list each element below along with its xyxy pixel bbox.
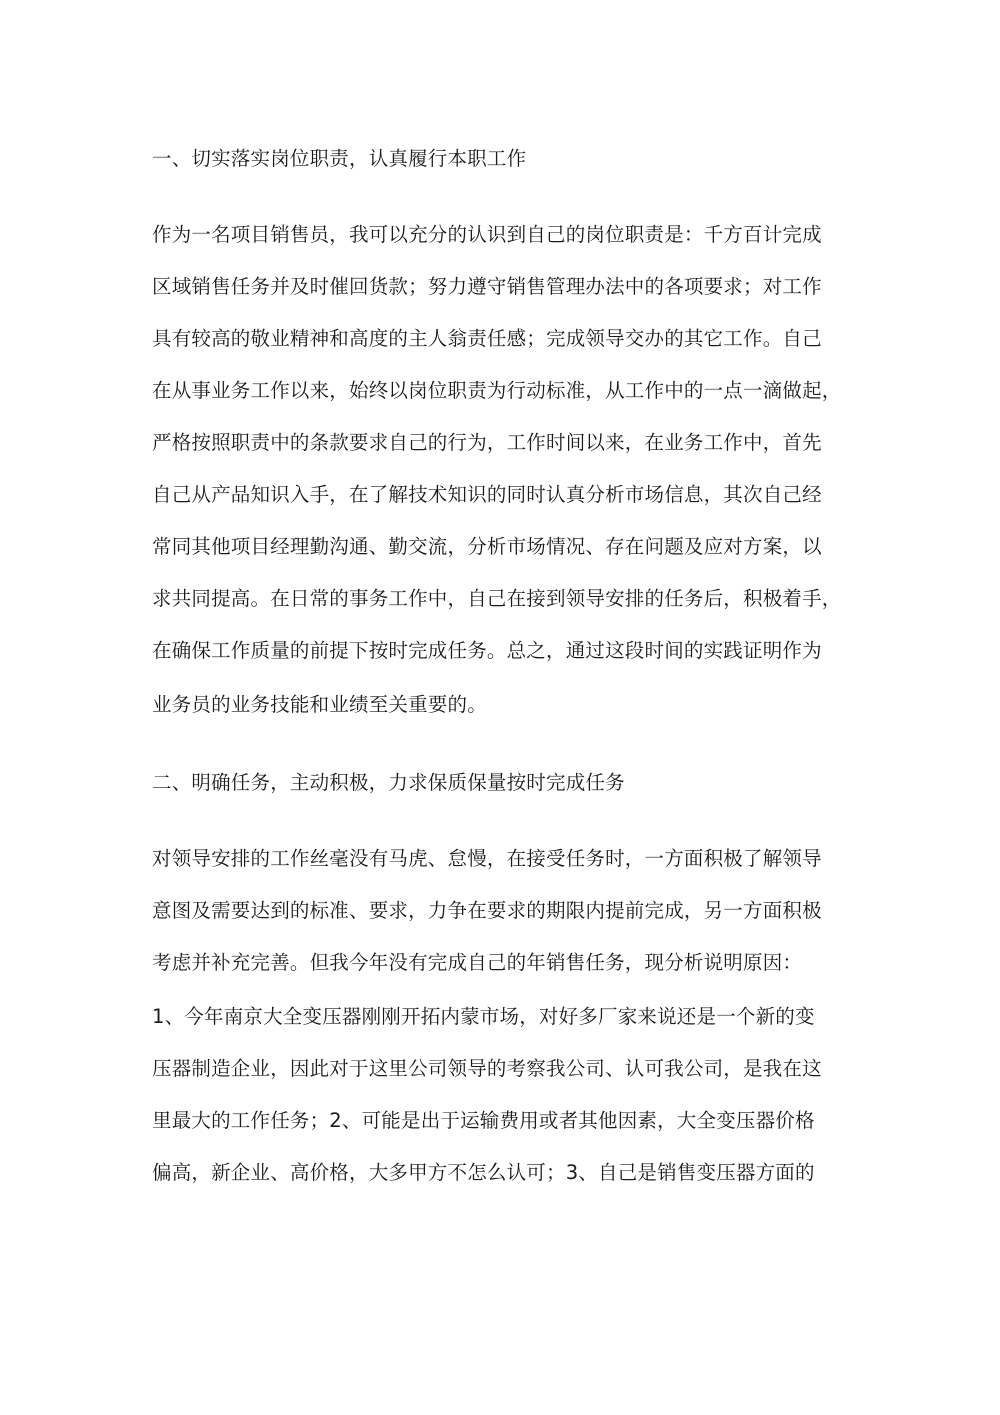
document-page: 一、切实落实岗位职责，认真履行本职工作 作为一名项目销售员，我可以充分的认识到自… (0, 0, 1000, 1415)
paragraph-line: 严格按照职责中的条款要求自己的行为，工作时间以来，在业务工作中，首先 (152, 430, 822, 456)
paragraph-line: 1、今年南京大全变压器刚刚开拓内蒙市场，对好多厂家来说还是一个新的变 (152, 1004, 815, 1030)
paragraph-line: 意图及需要达到的标准、要求，力争在要求的期限内提前完成，另一方面积极 (152, 898, 822, 924)
paragraph-line: 里最大的工作任务；2、可能是出于运输费用或者其他因素，大全变压器价格 (152, 1108, 815, 1134)
paragraph-line: 求共同提高。在日常的事务工作中，自己在接到领导安排的任务后，积极着手， (152, 586, 842, 612)
paragraph-line: 对领导安排的工作丝毫没有马虎、怠慢，在接受任务时，一方面积极了解领导 (152, 846, 822, 872)
paragraph-line: 在确保工作质量的前提下按时完成任务。总之，通过这段时间的实践证明作为 (152, 638, 822, 664)
paragraph-line: 作为一名项目销售员，我可以充分的认识到自己的岗位职责是：千方百计完成 (152, 222, 822, 248)
paragraph-line: 偏高，新企业、高价格，大多甲方不怎么认可；3、自己是销售变压器方面的 (152, 1160, 815, 1186)
section-heading-1: 一、切实落实岗位职责，认真履行本职工作 (152, 146, 526, 172)
paragraph-line: 常同其他项目经理勤沟通、勤交流，分析市场情况、存在问题及应对方案，以 (152, 534, 822, 560)
paragraph-line: 在从事业务工作以来，始终以岗位职责为行动标准，从工作中的一点一滴做起， (152, 378, 842, 404)
paragraph-line: 业务员的业务技能和业绩至关重要的。 (152, 692, 487, 718)
paragraph-line: 区域销售任务并及时催回货款；努力遵守销售管理办法中的各项要求；对工作 (152, 274, 822, 300)
section-heading-2: 二、明确任务，主动积极，力求保质保量按时完成任务 (152, 770, 625, 796)
paragraph-line: 考虑并补充完善。但我今年没有完成自己的年销售任务，现分析说明原因： (152, 950, 802, 976)
paragraph-line: 具有较高的敬业精神和高度的主人翁责任感；完成领导交办的其它工作。自己 (152, 326, 822, 352)
paragraph-line: 压器制造企业，因此对于这里公司领导的考察我公司、认可我公司，是我在这 (152, 1056, 822, 1082)
paragraph-line: 自己从产品知识入手，在了解技术知识的同时认真分析市场信息，其次自己经 (152, 482, 822, 508)
